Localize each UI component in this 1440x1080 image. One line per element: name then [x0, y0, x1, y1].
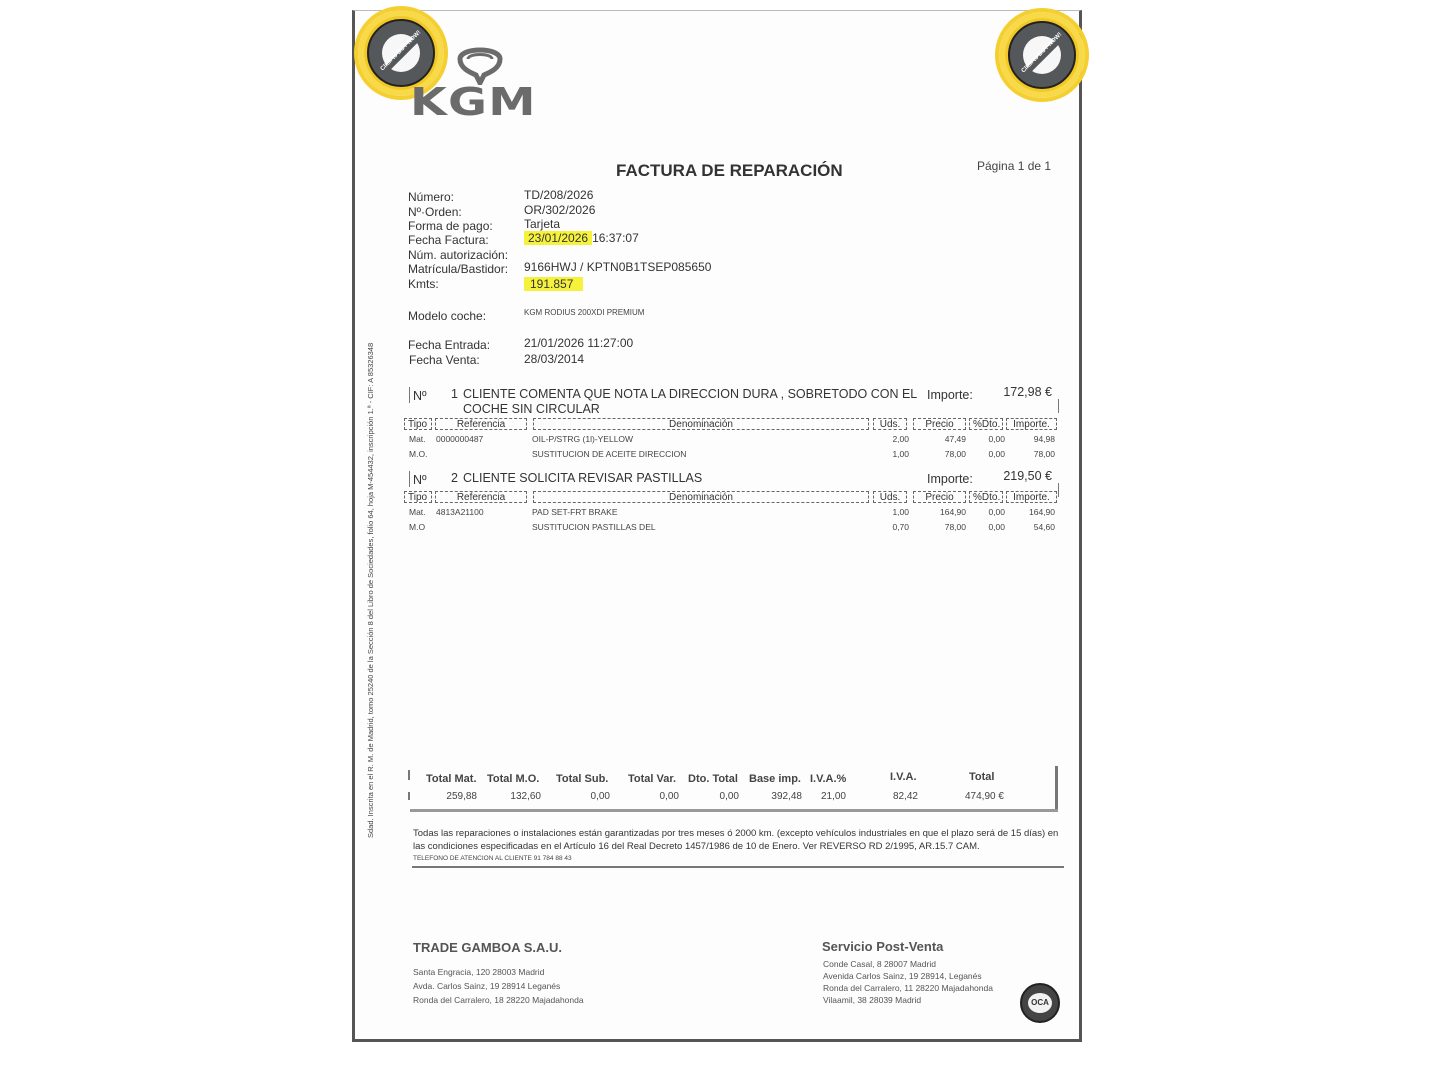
totals-value: 82,42 [848, 791, 918, 802]
column-header-uds: Uds. [873, 418, 907, 430]
row-uds: 2,00 [870, 434, 909, 444]
row-tipo: M.O [409, 522, 425, 532]
customer-phone: TELEFONO DE ATENCION AL CLIENTE 91 784 8… [413, 855, 572, 862]
section-description: CLIENTE COMENTA QUE NOTA LA DIRECCION DU… [463, 387, 917, 401]
kgm-emblem-icon [452, 45, 508, 85]
totals-header: Dto. Total [688, 773, 738, 785]
detail-label: Forma de pago: [408, 219, 493, 233]
model-label: Modelo coche: [408, 309, 486, 323]
row-denominacion: OIL-P/STRG (1l)-YELLOW [532, 434, 633, 444]
column-header-dto: %Dto. [969, 418, 1003, 430]
row-uds: 1,00 [870, 507, 909, 517]
section-importe: 219,50 € [990, 469, 1052, 483]
divider [412, 866, 1064, 868]
company-address: Santa Engracia, 120 28003 Madrid [413, 967, 544, 977]
section-description-cont: COCHE SIN CIRCULAR [463, 402, 600, 416]
detail-value-extra: 16:37:07 [592, 231, 639, 245]
detail-label: Núm. autorización: [408, 248, 508, 262]
divider [408, 770, 410, 780]
service-title: Servicio Post-Venta [822, 939, 943, 954]
detail-value-text: Tarjeta [524, 217, 560, 231]
column-header-uds: Uds. [873, 491, 907, 503]
row-tipo: Mat. [409, 507, 426, 517]
divider [409, 387, 410, 403]
section-no-label: Nº [413, 389, 427, 403]
detail-value-text: 23/01/2026 [524, 231, 592, 245]
detail-label: Matrícula/Bastidor: [408, 262, 508, 276]
detail-value: OR/302/2026 [524, 203, 595, 217]
row-uds: 0,70 [870, 522, 909, 532]
totals-header: Total Sub. [556, 773, 608, 785]
detail-label: Kmts: [408, 277, 439, 291]
company-address: Avda. Carlos Sainz, 19 28914 Leganés [413, 981, 560, 991]
detail-value-text: 191.857 [524, 277, 583, 291]
row-precio: 164,90 [920, 507, 966, 517]
row-importe: 54,60 [1010, 522, 1055, 532]
section-importe-label: Importe: [927, 472, 973, 486]
divider [1058, 483, 1059, 497]
company-address: Ronda del Carralero, 18 28220 Majadahond… [413, 995, 584, 1005]
section-number: 2 [451, 471, 458, 485]
totals-value: 21,00 [776, 791, 846, 802]
oca-text: OCA [1028, 993, 1052, 1013]
service-address: Conde Casal, 8 28007 Madrid [823, 959, 936, 969]
column-header-precio: Precio [913, 418, 966, 430]
detail-label: Nº·Orden: [408, 205, 462, 219]
totals-header: Total Var. [628, 773, 676, 785]
document-title: FACTURA DE REPARACIÓN [616, 161, 843, 181]
page-number: Página 1 de 1 [977, 159, 1051, 173]
detail-label: Fecha Factura: [408, 233, 489, 247]
entry-date-label: Fecha Entrada: [408, 338, 490, 352]
row-precio: 47,49 [920, 434, 966, 444]
totals-header: Base imp. [749, 773, 801, 785]
registration-text: Sdad. Inscrita en el R. M. de Madrid, to… [366, 343, 375, 838]
oca-certification-logo: OCA [1020, 983, 1060, 1023]
section-description: CLIENTE SOLICITA REVISAR PASTILLAS [463, 471, 702, 485]
row-dto: 0,00 [970, 507, 1005, 517]
service-address: Ronda del Carralero, 11 28220 Majadahond… [823, 983, 993, 993]
column-header-tipo: Tipo [404, 491, 432, 503]
row-importe: 164,90 [1010, 507, 1055, 517]
sale-date-value: 28/03/2014 [524, 352, 584, 366]
section-importe-label: Importe: [927, 388, 973, 402]
row-denominacion: SUSTITUCION DE ACEITE DIRECCION [532, 449, 686, 459]
totals-value: 0,00 [669, 791, 739, 802]
row-dto: 0,00 [970, 434, 1005, 444]
detail-value-text: TD/208/2026 [524, 188, 593, 202]
row-dto: 0,00 [970, 522, 1005, 532]
kgm-logo: KGM [410, 80, 537, 124]
detail-value: Tarjeta [524, 217, 560, 231]
column-header-tipo: Tipo [404, 418, 432, 430]
row-tipo: M.O. [409, 449, 427, 459]
totals-value: 0,00 [540, 791, 610, 802]
divider [1055, 766, 1058, 812]
totals-value: 132,60 [471, 791, 541, 802]
row-dto: 0,00 [970, 449, 1005, 459]
column-header-dto: %Dto. [969, 491, 1003, 503]
column-header-referencia: Referencia [435, 418, 527, 430]
detail-value-text: 9166HWJ / KPTN0B1TSEP085650 [524, 260, 711, 274]
divider [1058, 399, 1059, 413]
row-referencia: 4813A21100 [436, 507, 484, 517]
pdf-xchange-watermark-right[interactable]: Click to BUY NOW! [999, 12, 1085, 98]
sale-date-label: Fecha Venta: [409, 353, 480, 367]
section-importe: 172,98 € [990, 385, 1052, 399]
row-precio: 78,00 [920, 449, 966, 459]
row-importe: 78,00 [1010, 449, 1055, 459]
totals-header: I.V.A.% [810, 773, 846, 785]
totals-header: I.V.A. [890, 771, 917, 783]
detail-value-text: OR/302/2026 [524, 203, 595, 217]
divider [409, 471, 410, 487]
detail-value: TD/208/2026 [524, 188, 593, 202]
column-header-importe: Importe. [1006, 418, 1057, 430]
row-importe: 94,98 [1010, 434, 1055, 444]
company-name: TRADE GAMBOA S.A.U. [413, 940, 562, 955]
totals-header: Total M.O. [487, 773, 539, 785]
section-no-label: Nº [413, 473, 427, 487]
column-header-precio: Precio [913, 491, 966, 503]
row-uds: 1,00 [870, 449, 909, 459]
detail-value: 191.857 [524, 277, 583, 291]
service-address: Avenida Carlos Sainz, 19 28914, Leganés [823, 971, 982, 981]
row-referencia: 0000000487 [436, 434, 483, 444]
detail-value: 23/01/202616:37:07 [524, 231, 639, 245]
divider [410, 809, 1058, 812]
detail-label: Número: [408, 190, 454, 204]
totals-value: 474,90 € [922, 791, 1010, 802]
service-address: Vilaamil, 38 28039 Madrid [823, 995, 921, 1005]
warranty-text: Todas las reparaciones o instalaciones e… [413, 827, 1063, 853]
entry-date-value: 21/01/2026 11:27:00 [524, 336, 633, 350]
detail-value: 9166HWJ / KPTN0B1TSEP085650 [524, 260, 711, 274]
column-header-denominacion: Denominación [533, 491, 869, 503]
column-header-referencia: Referencia [435, 491, 527, 503]
column-header-denominacion: Denominación [533, 418, 869, 430]
row-denominacion: PAD SET-FRT BRAKE [532, 507, 618, 517]
totals-value: 259,88 [407, 791, 477, 802]
row-denominacion: SUSTITUCION PASTILLAS DEL [532, 522, 656, 532]
totals-header: Total [969, 771, 994, 783]
row-tipo: Mat. [409, 434, 426, 444]
model-value: KGM RODIUS 200XDI PREMIUM [524, 308, 644, 317]
column-header-importe: Importe. [1006, 491, 1057, 503]
section-number: 1 [451, 387, 458, 401]
row-precio: 78,00 [920, 522, 966, 532]
totals-header: Total Mat. [426, 773, 477, 785]
